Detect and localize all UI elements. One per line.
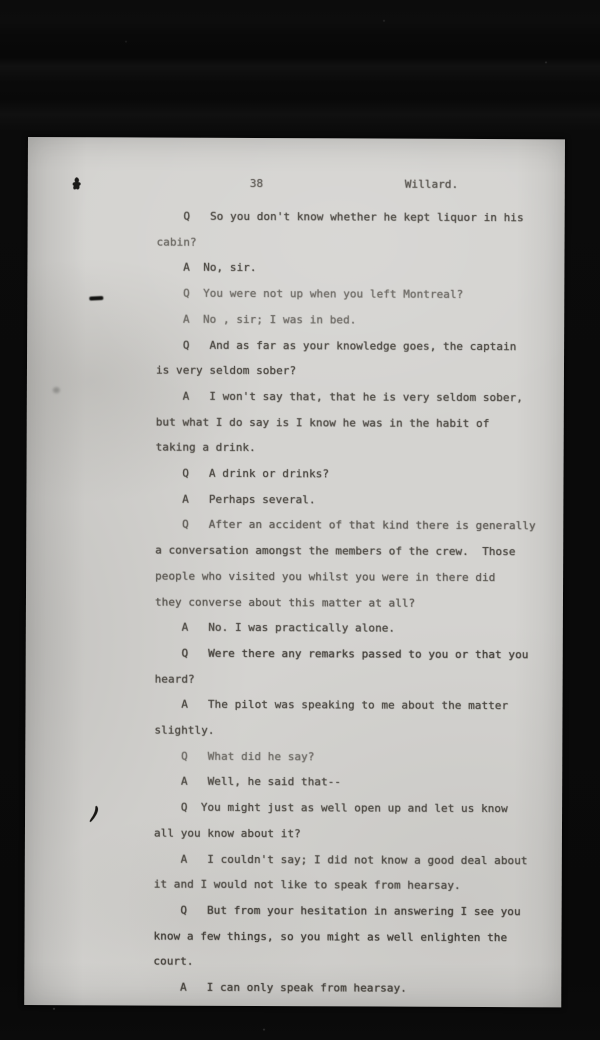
transcript-line: cabin? (156, 229, 546, 256)
transcript-line: Q You were not up when you left Montreal… (156, 281, 546, 308)
transcript-line: A Perhaps several. (155, 486, 545, 513)
ink-comma-mark (89, 805, 100, 823)
transcript-line: people who visited you whilst you were i… (155, 563, 545, 590)
smudge-mark (53, 387, 60, 393)
witness-name: Willard. (405, 178, 458, 191)
transcript-line: A I can only speak from hearsay. (153, 975, 543, 1002)
transcript-line: Q After an accident of that kind there i… (155, 512, 545, 539)
scan-background: 38 Willard. Q So you don't know whether … (0, 0, 600, 1040)
transcript-line: heard? (155, 666, 545, 693)
transcript-line: A I won't say that, that he is very seld… (156, 383, 546, 410)
transcript-line: A No , sir; I was in bed. (156, 306, 546, 333)
transcript-line: taking a drink. (156, 435, 546, 462)
transcript-line: Q A drink or drinks? (155, 461, 545, 488)
transcript-line: but what I do say is I know he was in th… (156, 409, 546, 436)
paper-page: 38 Willard. Q So you don't know whether … (24, 137, 565, 1007)
transcript-line: it and I would not like to speak from he… (154, 872, 544, 899)
transcript-line: is very seldom sober? (156, 358, 546, 385)
page-number: 38 (250, 177, 263, 190)
transcript-line: A I couldn't say; I did not know a good … (154, 846, 544, 873)
transcript-line: Q But from your hesitation in answering … (154, 898, 544, 925)
transcript: Q So you don't know whether he kept liqu… (153, 204, 546, 1002)
transcript-line: Q Were there any remarks passed to you o… (155, 641, 545, 668)
transcript-line: Q You might just as well open up and let… (154, 795, 544, 822)
page-header: 38 Willard. (28, 176, 565, 194)
transcript-line: they converse about this matter at all? (155, 589, 545, 616)
transcript-line: A No. I was practically alone. (155, 615, 545, 642)
ink-dash-mark (89, 296, 103, 301)
transcript-line: a conversation amongst the members of th… (155, 538, 545, 565)
transcript-line: A The pilot was speaking to me about the… (154, 692, 544, 719)
transcript-line: all you know about it? (154, 820, 544, 847)
transcript-line: court. (153, 949, 543, 976)
transcript-line: know a few things, so you might as well … (153, 923, 543, 950)
transcript-line: Q So you don't know whether he kept liqu… (157, 204, 547, 231)
transcript-line: Q And as far as your knowledge goes, the… (156, 332, 546, 359)
transcript-line: Q What did he say? (154, 743, 544, 770)
transcript-line: A Well, he said that-- (154, 769, 544, 796)
transcript-line: A No, sir. (156, 255, 546, 282)
transcript-line: slightly. (154, 718, 544, 745)
